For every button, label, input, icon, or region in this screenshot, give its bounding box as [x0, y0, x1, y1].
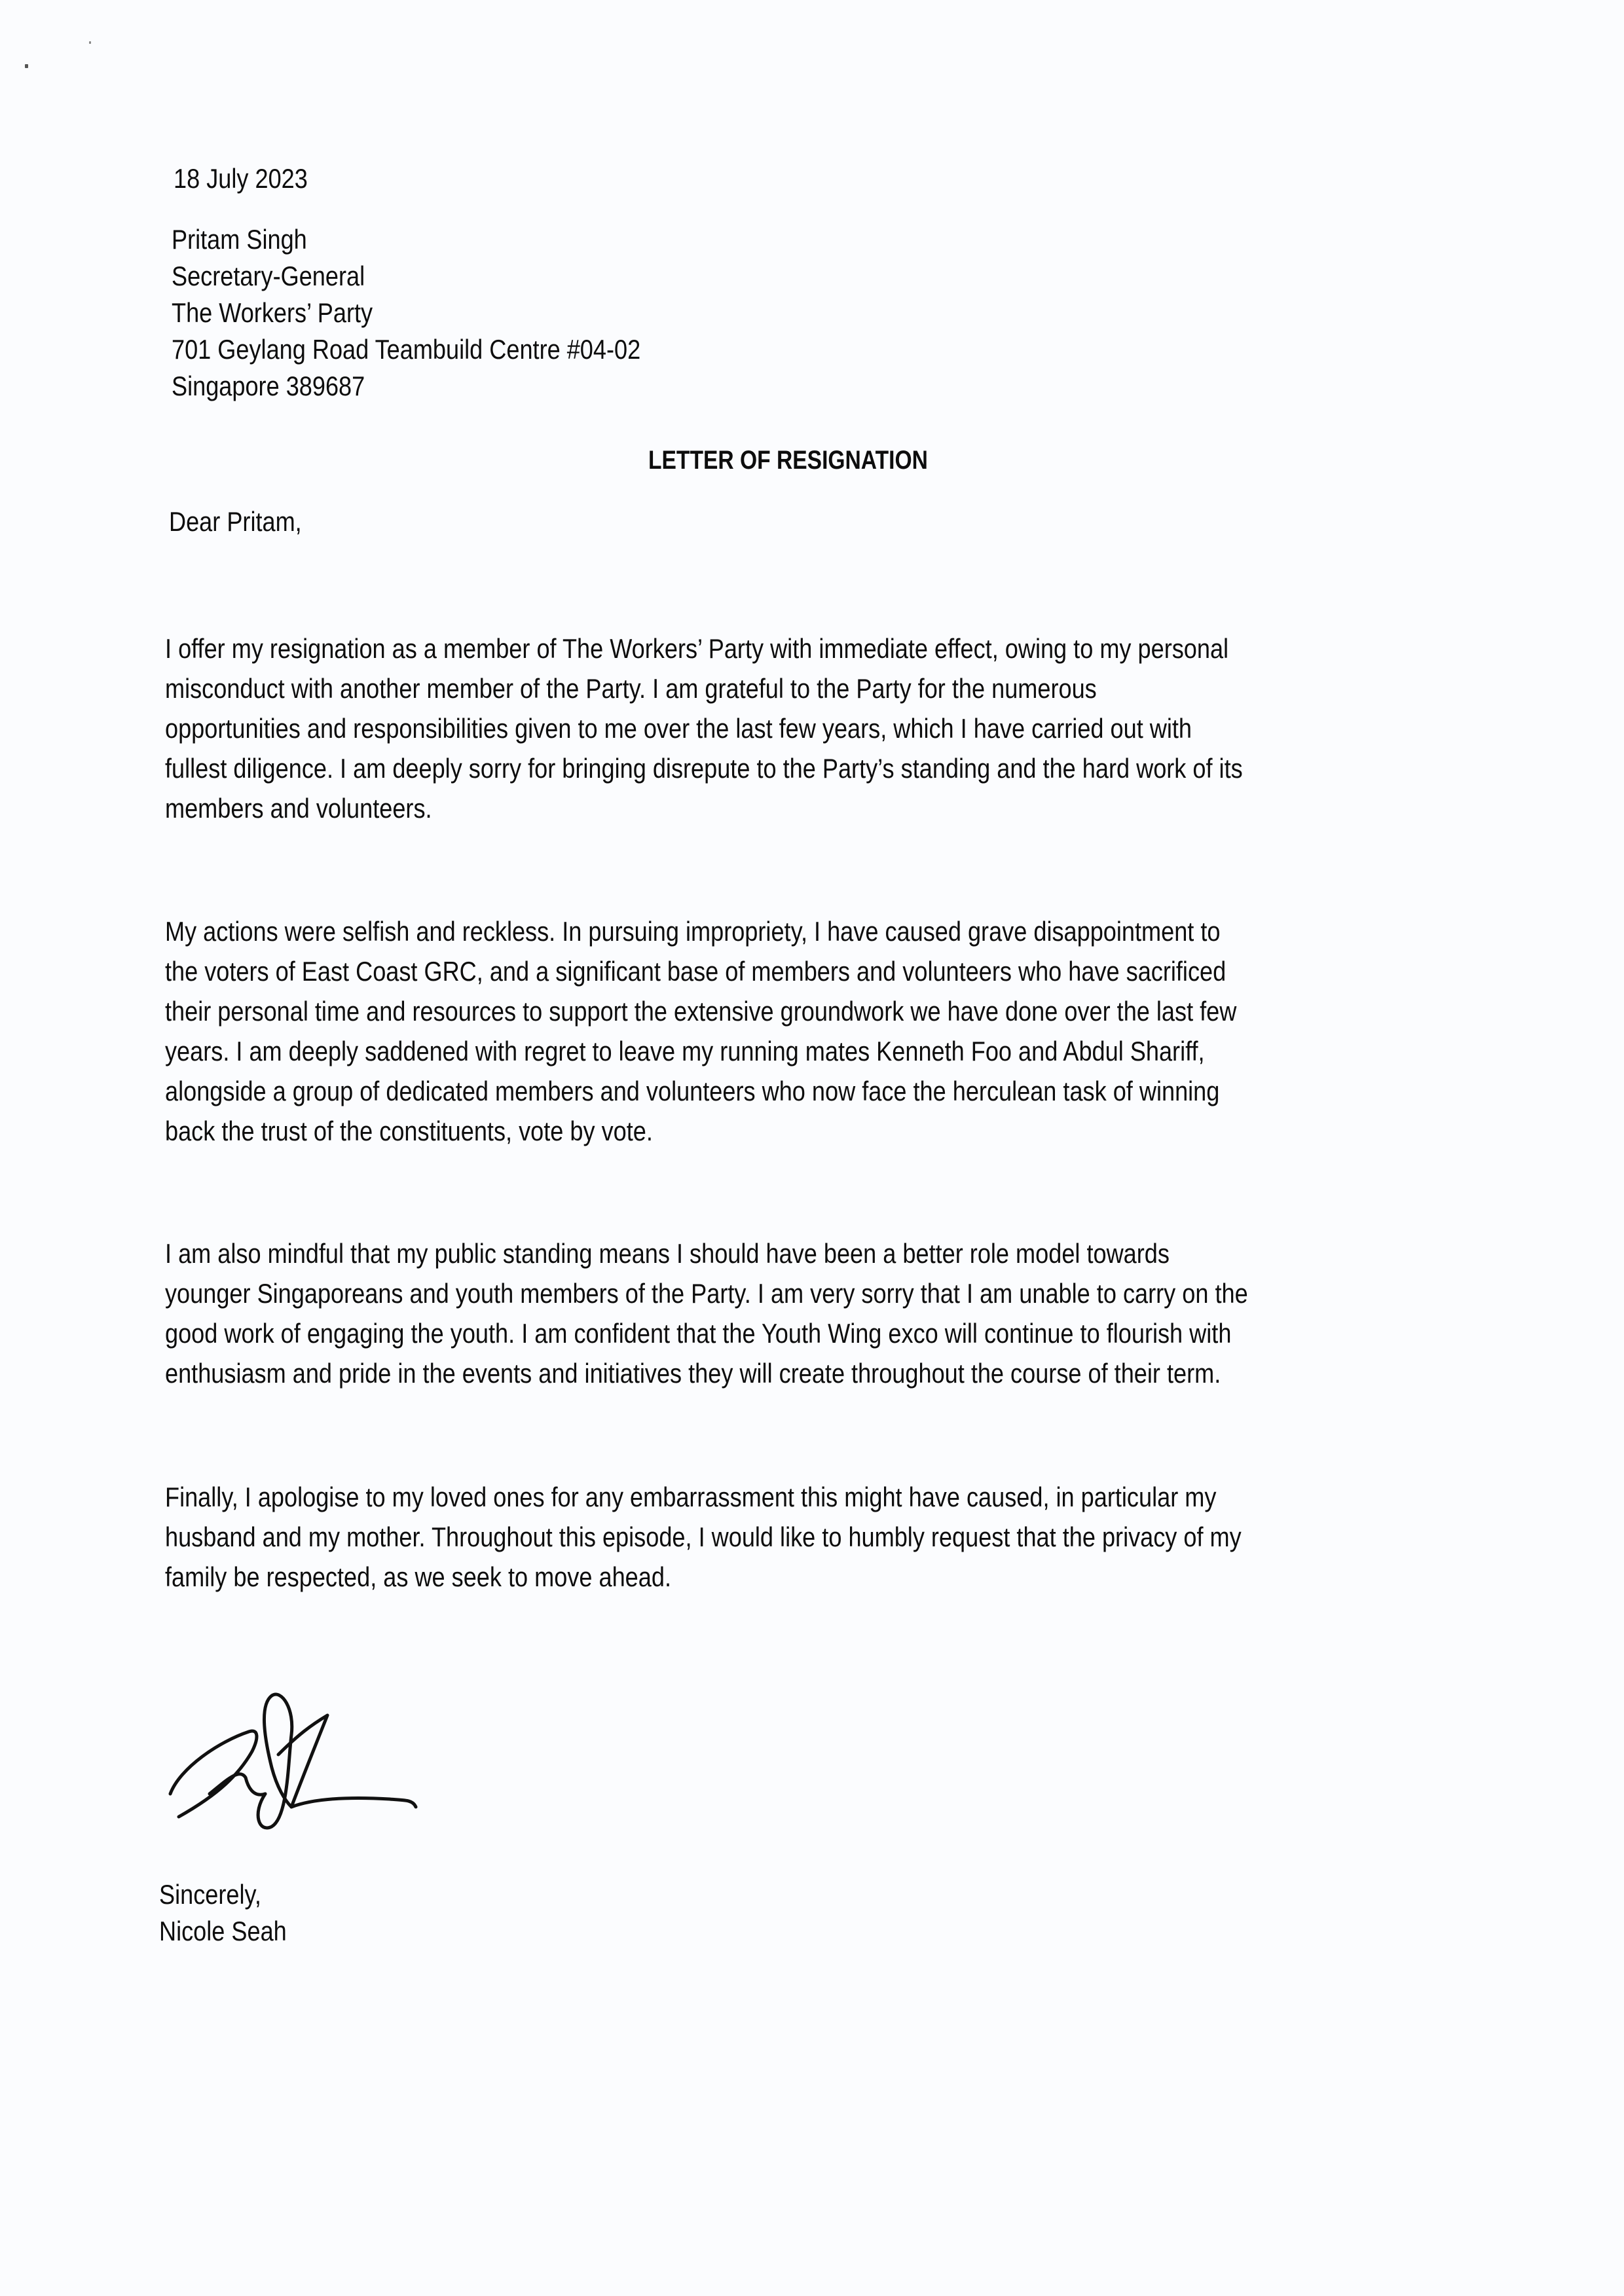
letter-page: 18 July 2023 Pritam Singh Secretary-Gene… — [0, 0, 1624, 2296]
paragraph-line: husband and my mother. Throughout this e… — [165, 1521, 1242, 1554]
recipient-name: Pritam Singh — [172, 223, 307, 256]
paragraph-line: fullest diligence. I am deeply sorry for… — [165, 752, 1243, 785]
recipient-city: Singapore 389687 — [172, 370, 365, 403]
paragraph-line: the voters of East Coast GRC, and a sign… — [165, 955, 1226, 988]
paragraph-line: their personal time and resources to sup… — [165, 995, 1236, 1028]
closing: Sincerely, — [159, 1878, 261, 1911]
salutation: Dear Pritam, — [169, 505, 302, 538]
recipient-organization: The Workers’ Party — [172, 297, 373, 329]
signature-icon — [160, 1683, 435, 1833]
paragraph-line: enthusiasm and pride in the events and i… — [165, 1357, 1221, 1390]
paragraph-line: I offer my resignation as a member of Th… — [165, 632, 1228, 665]
signatory-name: Nicole Seah — [159, 1915, 287, 1948]
paragraph-line: I am also mindful that my public standin… — [165, 1237, 1170, 1270]
letter-date: 18 July 2023 — [174, 162, 308, 195]
paragraph-line: My actions were selfish and reckless. In… — [165, 915, 1220, 948]
paragraph-line: years. I am deeply saddened with regret … — [165, 1035, 1205, 1068]
scan-speck — [25, 64, 28, 68]
paragraph-line: misconduct with another member of the Pa… — [165, 672, 1097, 705]
paragraph-line: younger Singaporeans and youth members o… — [165, 1277, 1248, 1310]
paragraph-line: good work of engaging the youth. I am co… — [165, 1317, 1231, 1350]
scan-speck — [89, 41, 91, 44]
paragraph-line: family be respected, as we seek to move … — [165, 1561, 671, 1594]
letter-title: LETTER OF RESIGNATION — [648, 444, 928, 477]
paragraph-line: Finally, I apologise to my loved ones fo… — [165, 1481, 1216, 1514]
paragraph-line: members and volunteers. — [165, 792, 432, 825]
paragraph-line: opportunities and responsibilities given… — [165, 712, 1192, 745]
recipient-title: Secretary-General — [172, 260, 365, 293]
paragraph-line: alongside a group of dedicated members a… — [165, 1075, 1219, 1108]
recipient-street: 701 Geylang Road Teambuild Centre #04-02 — [172, 333, 640, 366]
paragraph-line: back the trust of the constituents, vote… — [165, 1115, 653, 1148]
